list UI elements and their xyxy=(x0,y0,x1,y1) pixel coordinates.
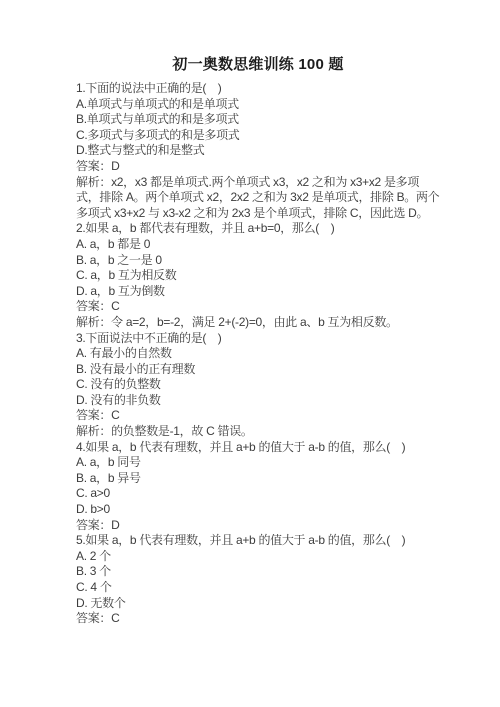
question-option: D. a，b 互为倒数 xyxy=(76,284,440,300)
question-option: C. a>0 xyxy=(76,486,440,502)
analysis-line: 解析：令 a=2，b=-2，满足 2+(-2)=0，由此 a、b 互为相反数。 xyxy=(76,315,440,331)
question-option: A. 有最小的自然数 xyxy=(76,346,440,362)
answer-line: 答案：C xyxy=(76,408,440,424)
question-option: B. a，b 异号 xyxy=(76,471,440,487)
question-option: C. 4 个 xyxy=(76,580,440,596)
question-option: A. a，b 都是 0 xyxy=(76,237,440,253)
questions-container: 1.下面的说法中正确的是( )A.单项式与单项式的和是单项式B.单项式与单项式的… xyxy=(76,81,440,627)
question-option: B. a，b 之一是 0 xyxy=(76,253,440,269)
document-title: 初一奥数思维训练 100 题 xyxy=(76,56,440,74)
answer-line: 答案：C xyxy=(76,611,440,627)
question-option: C. a，b 互为相反数 xyxy=(76,268,440,284)
question-option: D. 无数个 xyxy=(76,596,440,612)
question-stem: 5.如果 a，b 代表有理数，并且 a+b 的值大于 a-b 的值，那么( ) xyxy=(76,533,440,549)
question-option: D. b>0 xyxy=(76,502,440,518)
answer-line: 答案：C xyxy=(76,299,440,315)
question-option: C.多项式与多项式的和是多项式 xyxy=(76,128,440,144)
analysis-line: 解析：的负整数是-1，故 C 错误。 xyxy=(76,424,440,440)
answer-line: 答案：D xyxy=(76,518,440,534)
question-stem: 2.如果 a，b 都代表有理数，并且 a+b=0，那么( ) xyxy=(76,221,440,237)
question-option: A. a，b 同号 xyxy=(76,455,440,471)
analysis-line: 解析：x2，x3 都是单项式.两个单项式 x3，x2 之和为 x3+x2 是多项… xyxy=(76,175,440,222)
question-option: A. 2 个 xyxy=(76,549,440,565)
question-option: A.单项式与单项式的和是单项式 xyxy=(76,97,440,113)
answer-line: 答案：D xyxy=(76,159,440,175)
question-option: B. 没有最小的正有理数 xyxy=(76,362,440,378)
question-stem: 4.如果 a，b 代表有理数，并且 a+b 的值大于 a-b 的值，那么( ) xyxy=(76,440,440,456)
question-option: D.整式与整式的和是整式 xyxy=(76,143,440,159)
question-stem: 3.下面说法中不正确的是( ) xyxy=(76,331,440,347)
question-option: B. 3 个 xyxy=(76,564,440,580)
question-stem: 1.下面的说法中正确的是( ) xyxy=(76,81,440,97)
question-option: B.单项式与单项式的和是多项式 xyxy=(76,112,440,128)
question-option: C. 没有的负整数 xyxy=(76,377,440,393)
question-option: D. 没有的非负数 xyxy=(76,393,440,409)
document-page: 初一奥数思维训练 100 题 1.下面的说法中正确的是( )A.单项式与单项式的… xyxy=(0,0,500,707)
